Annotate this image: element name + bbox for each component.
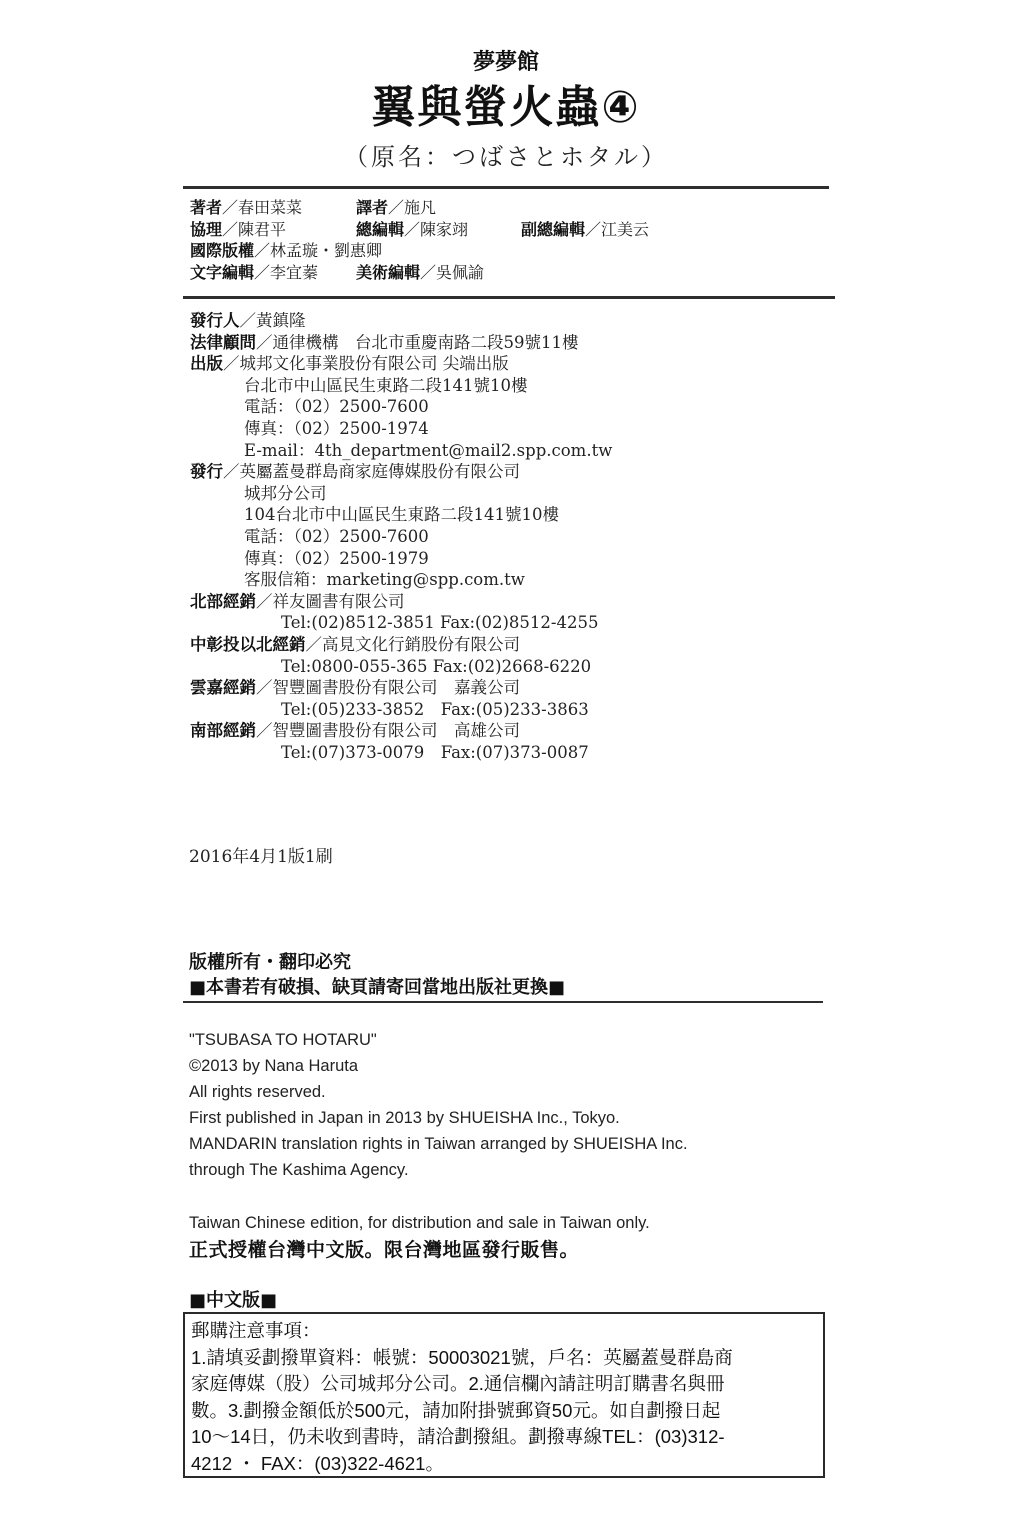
imprint-name: 夢夢館 <box>0 48 1012 78</box>
regional-contact: Tel:(07)373-0079 Fax:(07)373-0087 <box>190 742 612 764</box>
book-title: 翼與螢火蟲④ <box>0 80 1012 136</box>
credit-label: 美術編輯 <box>356 263 420 282</box>
order-line: 數。3.劃撥金額低於500元，請加附掛號郵資50元。如自劃撥日起 <box>191 1398 823 1425</box>
publisher-email: E-mail：4th_department@mail2.spp.com.tw <box>190 440 612 462</box>
publisher-phone: 電話：（02）2500-7600 <box>190 396 612 418</box>
regional-distributor-central: 中彰投以北經銷／高見文化行銷股份有限公司 <box>190 634 612 656</box>
first-published-line: First published in Japan in 2013 by SHUE… <box>189 1105 688 1131</box>
publisher-person-line: 發行人／黃鎮隆 <box>190 310 612 332</box>
translation-rights-line: MANDARIN translation rights in Taiwan ar… <box>189 1131 688 1157</box>
publisher-line: 出版／城邦文化事業股份有限公司 尖端出版 <box>190 353 612 375</box>
english-copyright-notice: "TSUBASA TO HOTARU" ©2013 by Nana Haruta… <box>189 1027 688 1183</box>
order-line: 4212 ・ FAX：(03)322-4621。 <box>191 1451 823 1478</box>
divider-top <box>183 186 829 189</box>
order-heading: 郵購注意事項： <box>191 1318 823 1345</box>
distributor-email: 客服信箱：marketing@spp.com.tw <box>190 569 612 591</box>
credit-label: 文字編輯 <box>190 263 254 282</box>
edition-tag: ■中文版■ <box>189 1290 277 1312</box>
publication-block: 發行人／黃鎮隆 法律顧問／通律機構 台北市重慶南路二段59號11樓 出版／城邦文… <box>190 310 612 763</box>
original-title-en: "TSUBASA TO HOTARU" <box>189 1027 688 1053</box>
credit-value: 吳佩諭 <box>436 263 484 282</box>
copyright-line: ©2013 by Nana Haruta <box>189 1053 688 1079</box>
credit-value: 春田菜菜 <box>238 198 302 217</box>
credit-label: 總編輯 <box>356 220 404 239</box>
order-line: 家庭傳媒（股）公司城邦分公司。2.通信欄內請註明訂購書名與冊 <box>191 1371 823 1398</box>
regional-contact: Tel:(05)233-3852 Fax:(05)233-3863 <box>190 699 612 721</box>
publisher-fax: 傳真：（02）2500-1974 <box>190 418 612 440</box>
credit-value: 陳君平 <box>238 220 286 239</box>
agency-line: through The Kashima Agency. <box>189 1157 688 1183</box>
replacement-notice: ■本書若有破損、缺頁請寄回當地出版社更換■ <box>189 975 565 1000</box>
credit-value: 李宜蓁 <box>270 263 318 282</box>
credit-label: 譯者 <box>356 198 388 217</box>
divider-credits <box>183 296 835 299</box>
regional-contact: Tel:0800-055-365 Fax:(02)2668-6220 <box>190 656 612 678</box>
publisher-address: 台北市中山區民生東路二段141號10樓 <box>190 375 612 397</box>
credit-value: 施凡 <box>404 198 436 217</box>
credit-label: 國際版權 <box>190 241 254 260</box>
distributor-line: 發行／英屬蓋曼群島商家庭傳媒股份有限公司 <box>190 461 612 483</box>
edition-date: 2016年4月1版1刷 <box>189 846 333 868</box>
distributor-address: 104台北市中山區民生東路二段141號10樓 <box>190 504 612 526</box>
distributor-phone: 電話：（02）2500-7600 <box>190 526 612 548</box>
credit-label: 副總編輯 <box>521 220 585 239</box>
rights-reserved: 版權所有・翻印必究 <box>189 950 351 975</box>
original-title: （原名：つばさとホタル） <box>0 140 1012 174</box>
divider-rights <box>183 1001 823 1003</box>
regional-contact: Tel:(02)8512-3851 Fax:(02)8512-4255 <box>190 612 612 634</box>
order-line: 1.請填妥劃撥單資料：帳號：50003021號，戶名：英屬蓋曼群島商 <box>191 1345 823 1372</box>
credit-value: 江美云 <box>601 220 649 239</box>
credit-label: 協理 <box>190 220 222 239</box>
regional-distributor-yunjia: 雲嘉經銷／智豐圖書股份有限公司 嘉義公司 <box>190 677 612 699</box>
regional-distributor-north: 北部經銷／祥友圖書有限公司 <box>190 591 612 613</box>
territory-notice-zh: 正式授權台灣中文版。限台灣地區發行販售。 <box>189 1236 579 1264</box>
distributor-fax: 傳真：（02）2500-1979 <box>190 548 612 570</box>
credit-value: 林孟璇・劉惠卿 <box>270 241 382 260</box>
distributor-branch: 城邦分公司 <box>190 483 612 505</box>
territory-notice-en: Taiwan Chinese edition, for distribution… <box>189 1210 650 1236</box>
legal-counsel-line: 法律顧問／通律機構 台北市重慶南路二段59號11樓 <box>190 332 612 354</box>
regional-distributor-south: 南部經銷／智豐圖書股份有限公司 高雄公司 <box>190 720 612 742</box>
order-line: 10～14日，仍未收到書時，請洽劃撥組。劃撥專線TEL：(03)312- <box>191 1424 823 1451</box>
mail-order-box: 郵購注意事項： 1.請填妥劃撥單資料：帳號：50003021號，戶名：英屬蓋曼群… <box>183 1312 825 1478</box>
all-rights-line: All rights reserved. <box>189 1079 688 1105</box>
credit-label: 著者 <box>190 198 222 217</box>
credit-value: 陳家翊 <box>420 220 468 239</box>
